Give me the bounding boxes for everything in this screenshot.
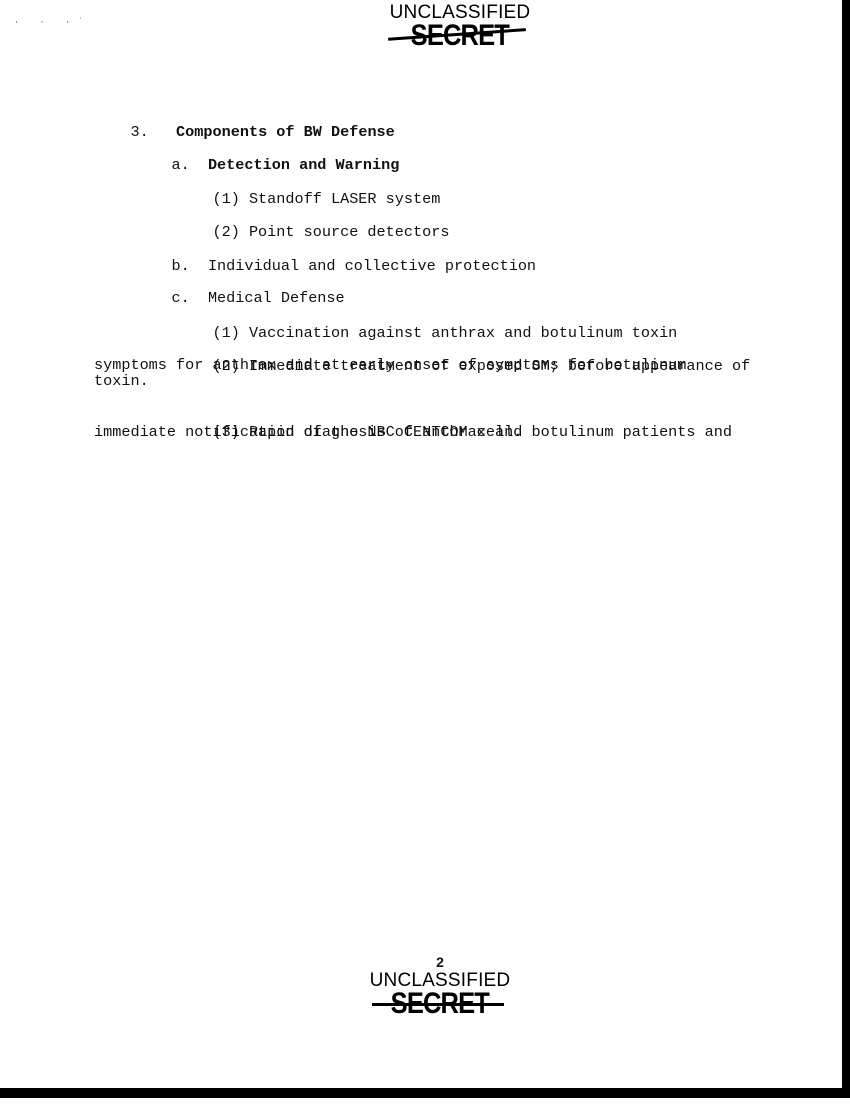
page-number: 2 (355, 955, 525, 969)
item-c-sub-3-line-2: immediate notification of the NBC CENTCO… (94, 424, 522, 441)
item-c-sub-2-line-2: symptoms for anthrax and at early onset … (94, 357, 686, 374)
footer-struck-secret: SECRET (382, 989, 498, 1019)
item-c-sub-2-line-3: toxin. (94, 373, 149, 390)
item-a-letter: a. (171, 156, 189, 174)
footer-classification-marking: 2 UNCLASSIFIED SECRET (355, 955, 525, 1019)
item-a-title: Detection and Warning (208, 156, 399, 174)
document-page: · · ·˙ UNCLASSIFIED SECRET 3. Components… (0, 0, 850, 1107)
sub-text: Vaccination against anthrax and botulinu… (249, 324, 677, 342)
scan-border-bottom (0, 1088, 850, 1098)
item-b-title: Individual and collective protection (208, 257, 536, 275)
header-struck-secret: SECRET (402, 21, 518, 51)
header-classification-marking: UNCLASSIFIED SECRET (380, 3, 540, 51)
sub-number: (1) (212, 190, 239, 208)
sub-number: (2) (212, 223, 239, 241)
item-b-letter: b. (171, 257, 189, 275)
sub-number: (1) (212, 324, 239, 342)
item-c-title: Medical Defense (208, 289, 345, 307)
scan-artifacts: · · ·˙ (14, 18, 91, 27)
strikethrough-line (372, 1003, 504, 1006)
sub-text: Standoff LASER system (249, 190, 440, 208)
scan-border-right (842, 0, 850, 1098)
sub-text: Point source detectors (249, 223, 450, 241)
item-c-letter: c. (171, 289, 189, 307)
section-title: Components of BW Defense (176, 123, 395, 141)
section-number: 3. (130, 123, 148, 141)
